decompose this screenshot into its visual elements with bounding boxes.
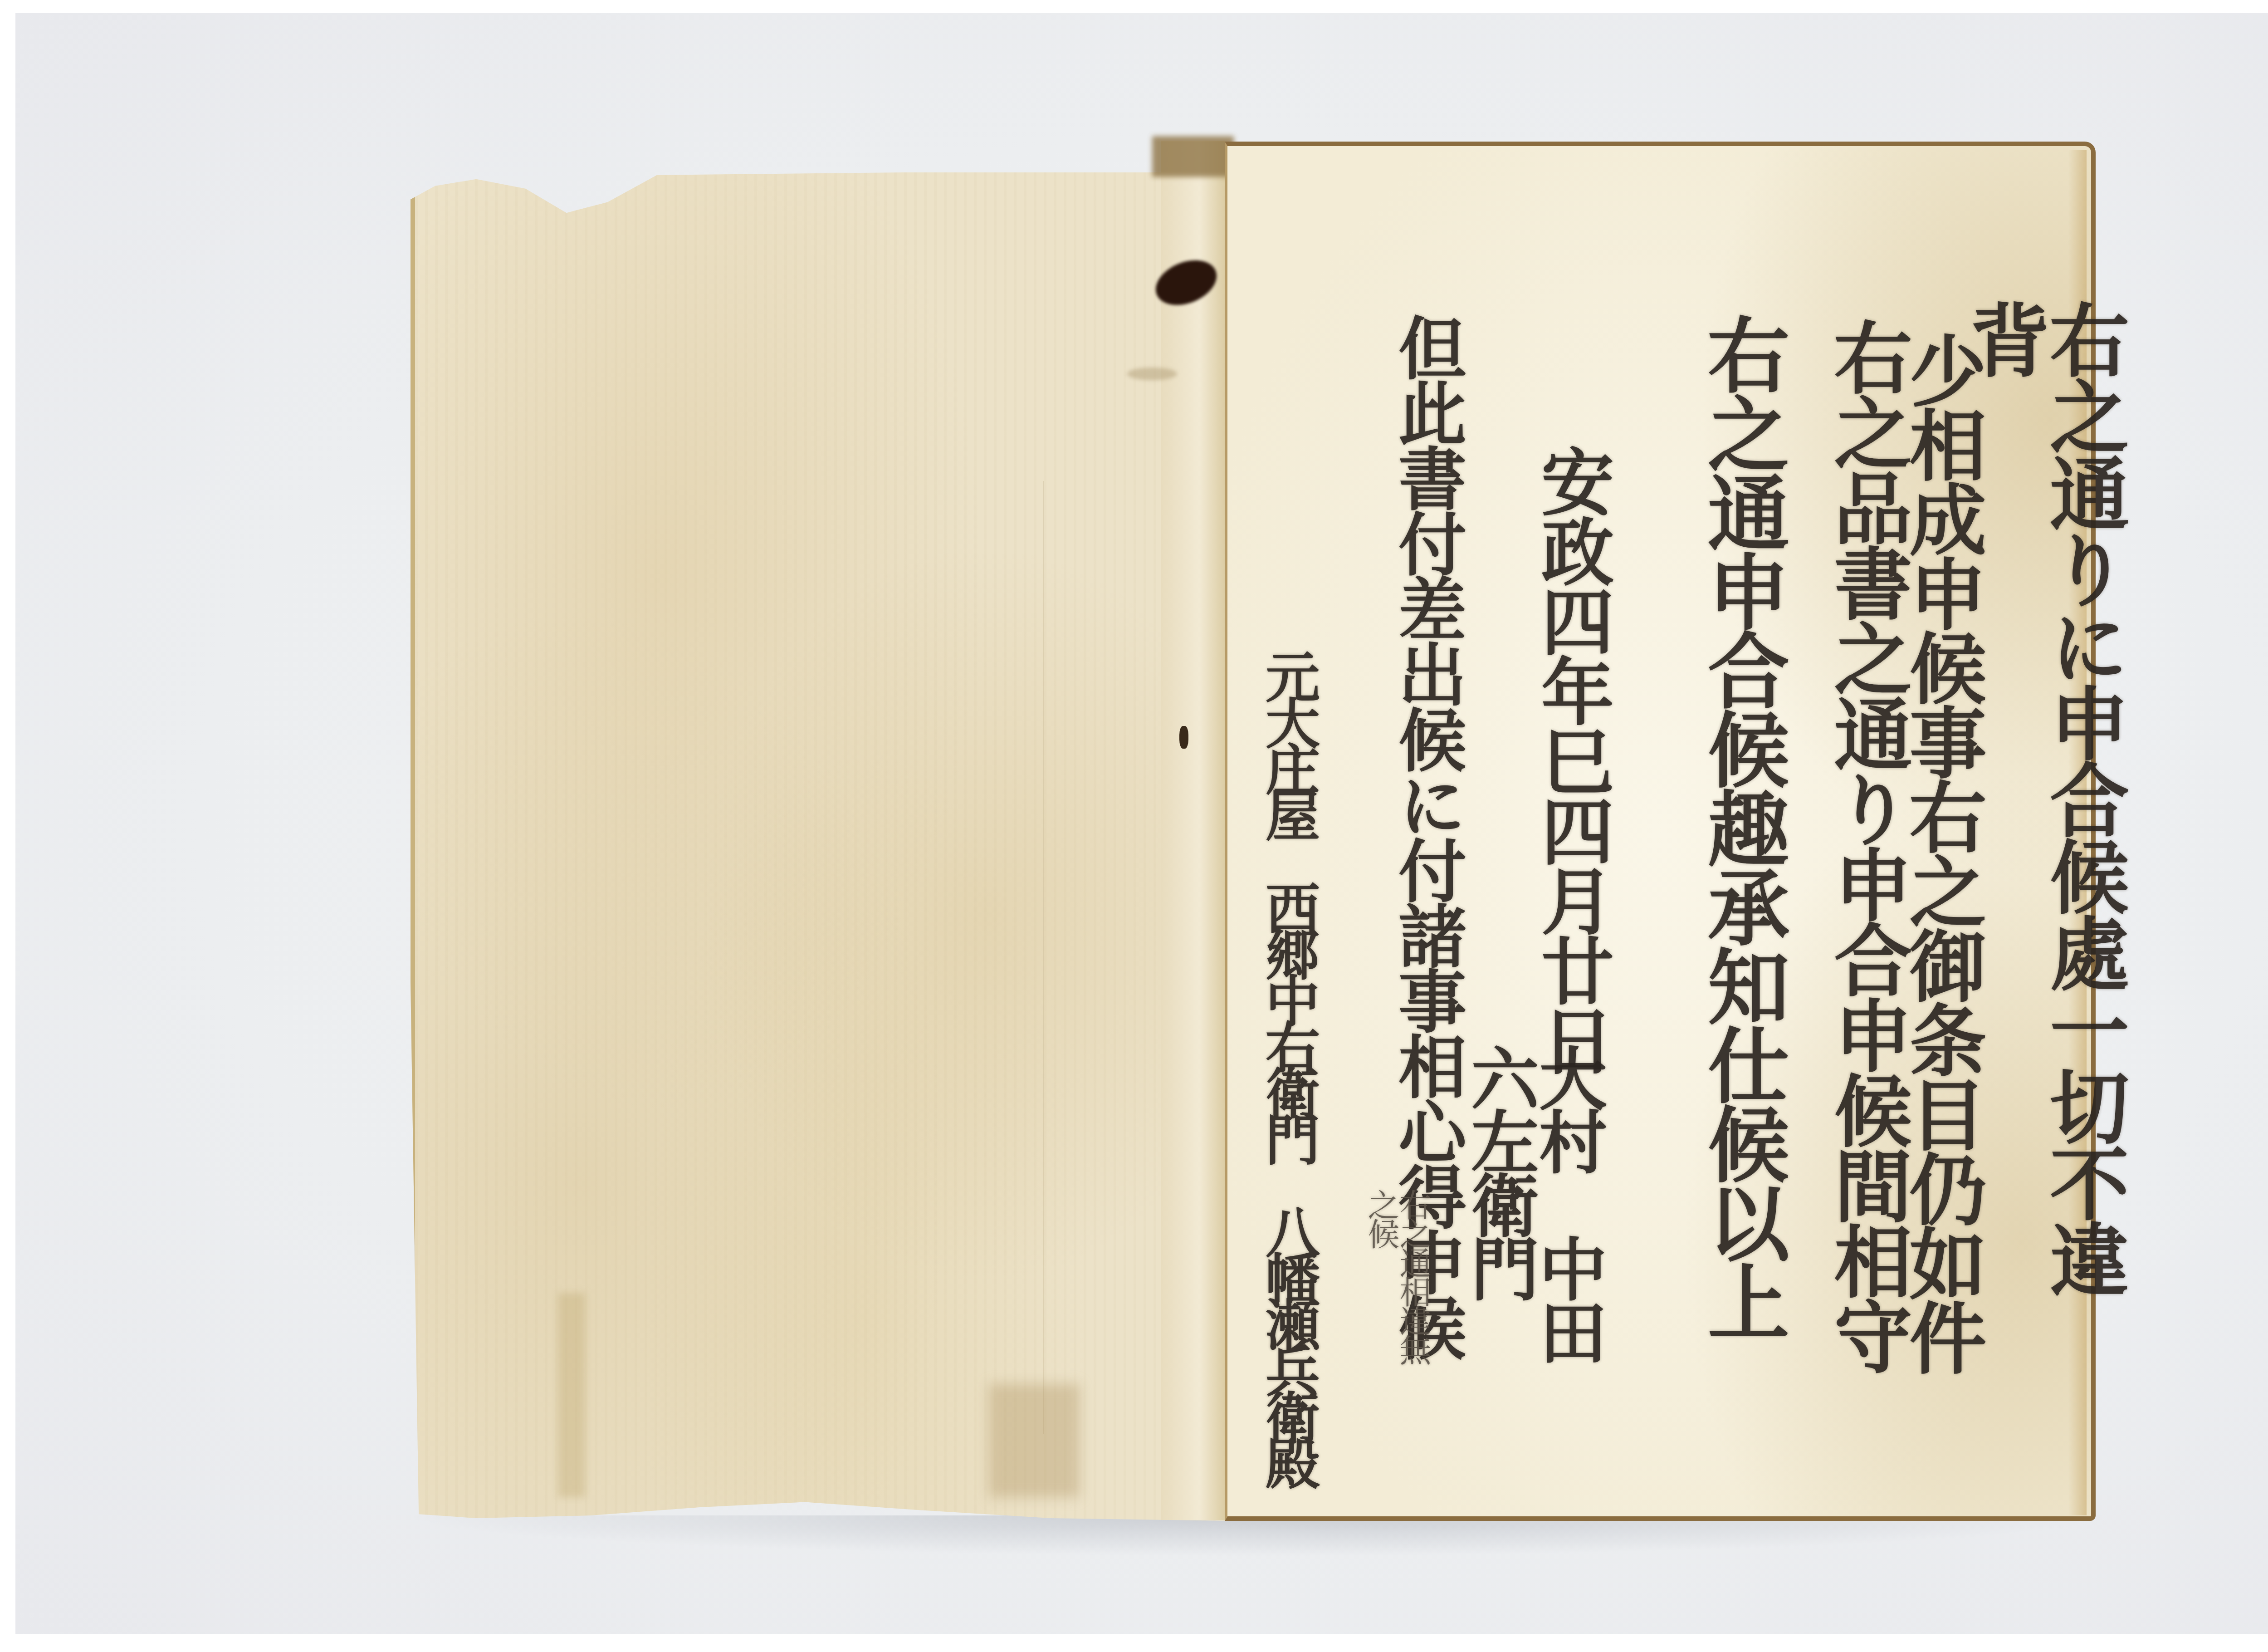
left-page-blank [411,172,1232,1521]
binding-mark [1127,368,1177,380]
manuscript-column-date: 安政四年巳四月廿日 [1535,445,1608,1103]
manuscript-column: 右之品書之通り申合申候間相守 [1828,318,1906,1416]
left-page-stain [558,1293,585,1497]
book-spine [1161,141,1225,1520]
manuscript-column-name: 大村 中田六左衛門 [1465,1044,1601,1420]
manuscript-column-signature: 元大庄屋 西郷中右衛門 八幡瀬兵衛殿 [1261,649,1315,1506]
book-shadow [399,1515,2114,1556]
left-page-crease [1043,481,1044,1434]
left-page-stain [989,1384,1080,1497]
manuscript-column-small: 右之通相違無之候 [1365,1189,1429,1379]
manuscript-column: 少相成申候事右之御条目仍如件 [1903,331,1980,1420]
spine-tear [1152,136,1234,177]
binding-mark [1179,726,1188,749]
manuscript-column: 右之通りに申合候處一切不違背 [1964,299,2123,1357]
manuscript-column: 右之通申合候趣承知仕候以上 [1701,313,1783,1411]
